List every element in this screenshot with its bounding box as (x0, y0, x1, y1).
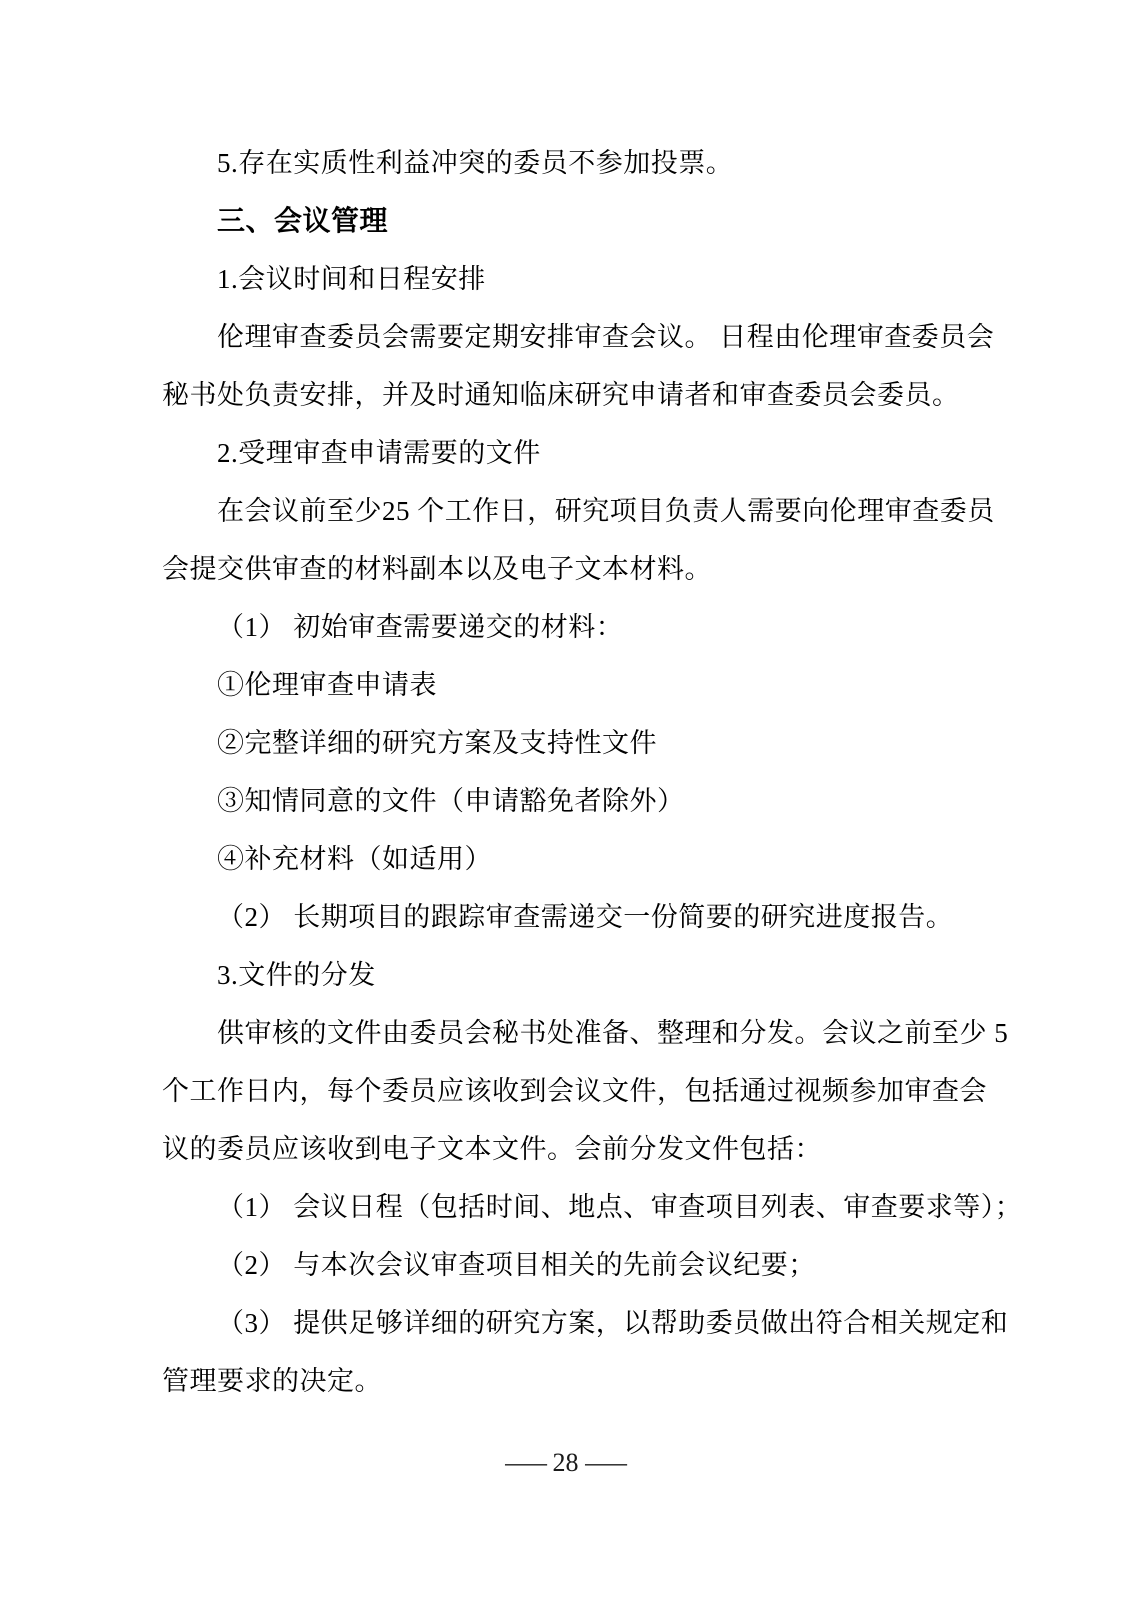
footer-left-dash: — (505, 1448, 547, 1478)
text-line: 供审核的文件由委员会秘书处准备、整理和分发。会议之前至少 5 (162, 1004, 963, 1062)
text-line: 伦理审查委员会需要定期安排审查会议。 日程由伦理审查委员会 (162, 308, 963, 366)
text-line: 秘书处负责安排，并及时通知临床研究申请者和审查委员会委员。 (162, 366, 963, 424)
section-heading: 三、会议管理 (162, 192, 963, 250)
document-body: 5.存在实质性利益冲突的委员不参加投票。三、会议管理1.会议时间和日程安排伦理审… (162, 134, 963, 1410)
text-line: 2.受理审查申请需要的文件 (162, 424, 963, 482)
text-line: 在会议前至少25 个工作日，研究项目负责人需要向伦理审查委员 (162, 482, 963, 540)
text-line: （2） 与本次会议审查项目相关的先前会议纪要； (162, 1236, 963, 1294)
text-line: （1） 会议日程（包括时间、地点、审查项目列表、审查要求等）； (162, 1178, 963, 1236)
text-line: （1） 初始审查需要递交的材料： (162, 598, 963, 656)
text-line: 会提交供审查的材料副本以及电子文本材料。 (162, 540, 963, 598)
page-footer: —28— (0, 1448, 1131, 1478)
text-line: （2） 长期项目的跟踪审查需递交一份简要的研究进度报告。 (162, 888, 963, 946)
text-line: ③知情同意的文件（申请豁免者除外） (162, 772, 963, 830)
text-line: 5.存在实质性利益冲突的委员不参加投票。 (162, 134, 963, 192)
text-line: 管理要求的决定。 (162, 1352, 963, 1410)
text-line: 3.文件的分发 (162, 946, 963, 1004)
page-number: 28 (553, 1448, 579, 1477)
text-line: ④补充材料（如适用） (162, 830, 963, 888)
document-page: { "document": { "lines": [ {"text": "5.存… (0, 0, 1131, 1600)
text-line: ①伦理审查申请表 (162, 656, 963, 714)
text-line: 个工作日内，每个委员应该收到会议文件，包括通过视频参加审查会 (162, 1062, 963, 1120)
text-line: ②完整详细的研究方案及支持性文件 (162, 714, 963, 772)
footer-right-dash: — (585, 1448, 627, 1478)
text-line: 1.会议时间和日程安排 (162, 250, 963, 308)
text-line: （3） 提供足够详细的研究方案，以帮助委员做出符合相关规定和 (162, 1294, 963, 1352)
text-line: 议的委员应该收到电子文本文件。会前分发文件包括： (162, 1120, 963, 1178)
